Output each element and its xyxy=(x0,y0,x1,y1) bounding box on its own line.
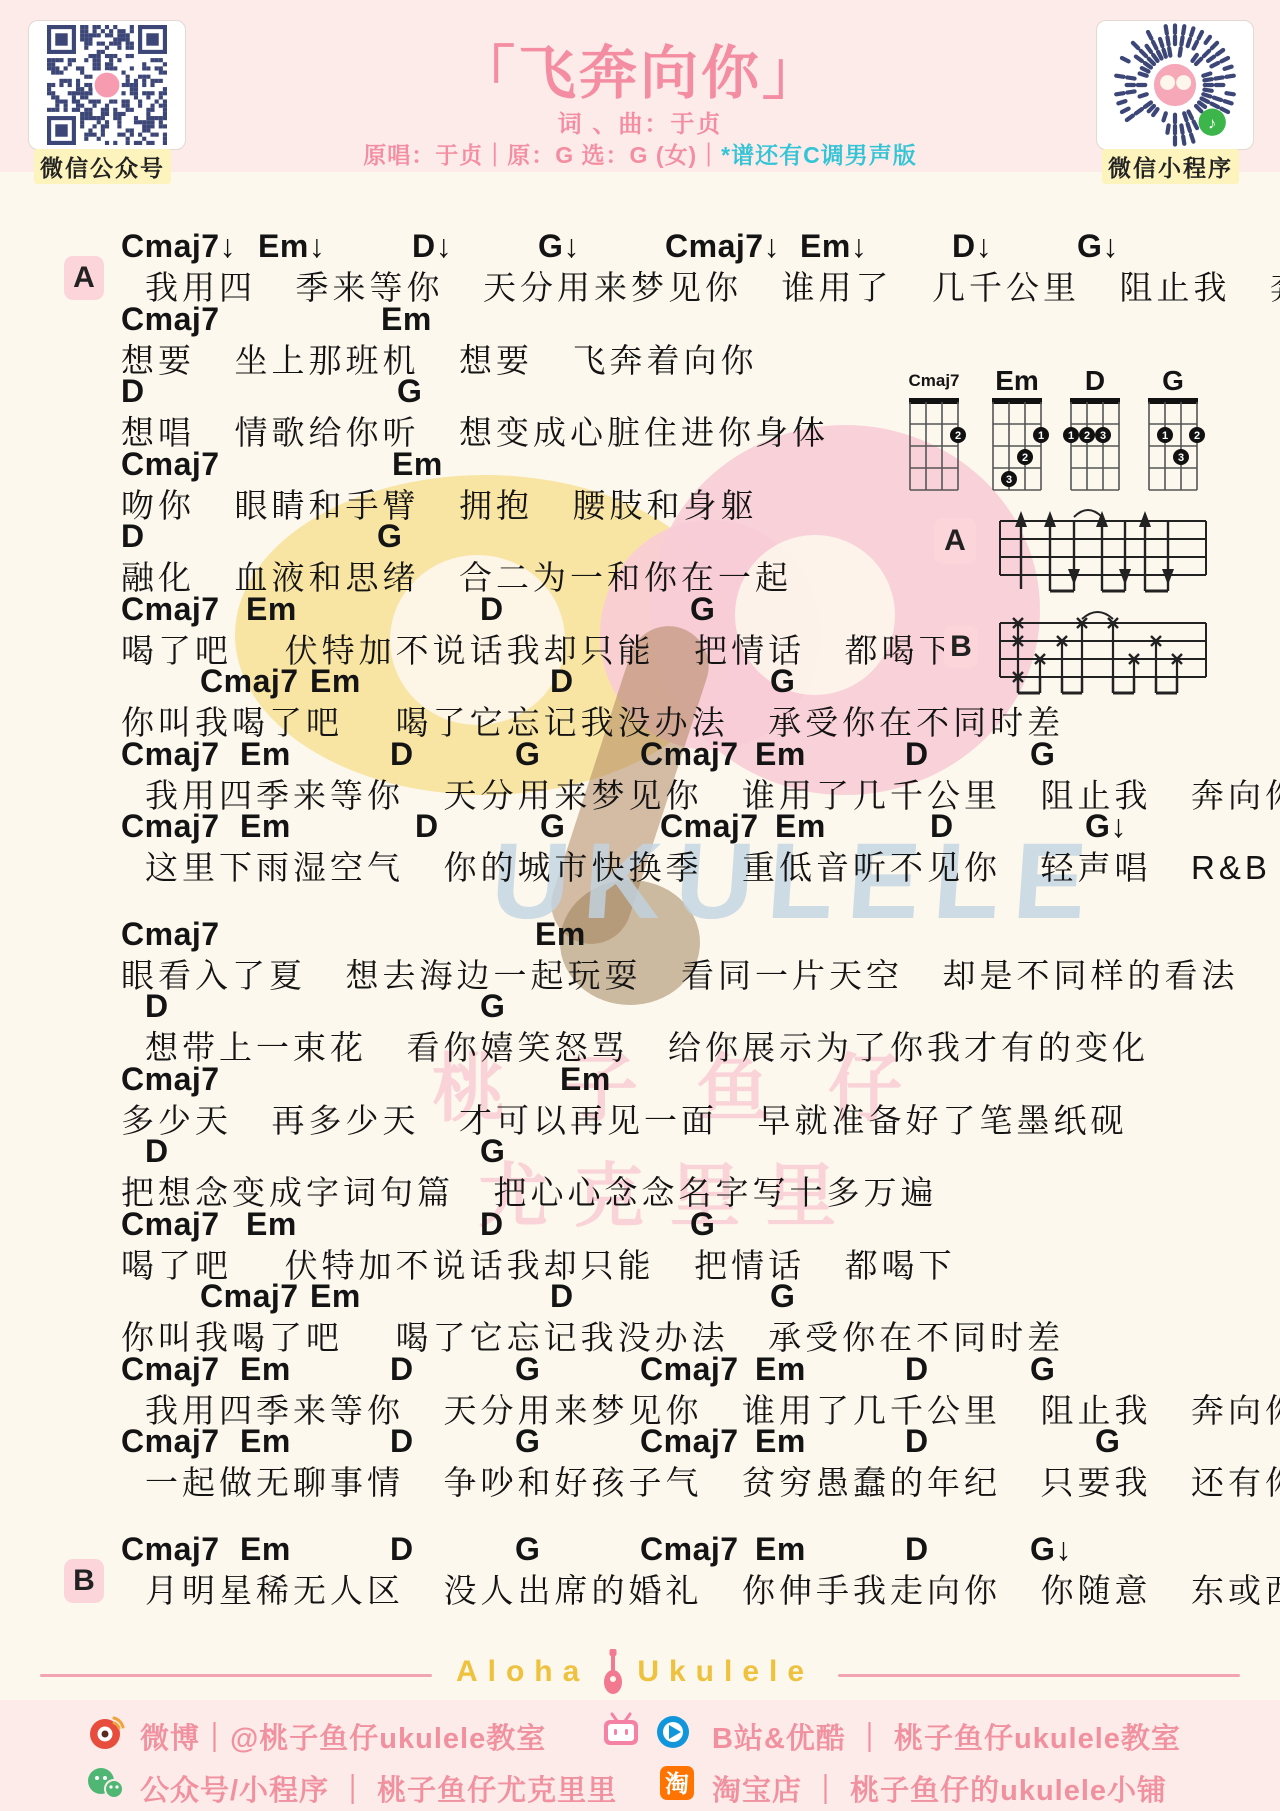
bilibili-icon xyxy=(600,1710,642,1752)
svg-text:3: 3 xyxy=(1100,430,1106,442)
chord-label: Em xyxy=(240,1531,291,1568)
chord-diagram-Cmaj7: Cmaj72 xyxy=(905,364,963,501)
chord-label: D↓ xyxy=(412,228,452,265)
chord-label: D xyxy=(121,373,145,410)
aloha-word: Aloha xyxy=(456,1655,589,1689)
chord-label: G xyxy=(690,591,715,628)
chord-diagram-name: Cmaj7 xyxy=(905,364,963,394)
chord-label: Cmaj7 xyxy=(640,736,739,773)
svg-text:2: 2 xyxy=(1194,430,1200,442)
chord-label: D xyxy=(550,663,574,700)
chord-label: D xyxy=(905,1351,929,1388)
fretboard-grid: 123 xyxy=(988,394,1046,496)
meta-original: 原唱：于贞｜原：G 选：G (女)｜ xyxy=(363,142,721,168)
svg-text:1: 1 xyxy=(1068,430,1074,442)
chord-label: Em↓ xyxy=(258,228,325,265)
chord-label: Em↓ xyxy=(800,228,867,265)
svg-text:1: 1 xyxy=(1038,430,1044,442)
chord-label: Cmaj7 xyxy=(121,1423,220,1460)
miniprogram-qr-code: ♪ xyxy=(1096,20,1254,150)
chord-label: Cmaj7 xyxy=(121,808,220,845)
divider-line-left xyxy=(40,1674,432,1677)
ukulele-icon xyxy=(603,1649,623,1695)
chord-label: Cmaj7 xyxy=(121,591,220,628)
svg-text:3: 3 xyxy=(1006,474,1012,486)
fretboard-grid: 123 xyxy=(1144,394,1202,496)
footer-link-text: B站&优酷 ｜ 桃子鱼仔ukulele教室 xyxy=(712,1716,1181,1757)
chord-diagram-Em: Em123 xyxy=(988,364,1046,501)
chord-label: Cmaj7 xyxy=(640,1351,739,1388)
lyric-line: 想要 坐上那班机 想要 飞奔着向你 xyxy=(121,335,758,382)
lyric-line: 吻你 眼睛和手臂 拥抱 腰肢和身躯 xyxy=(121,480,758,527)
pattern-badge-A: A xyxy=(934,518,976,564)
chord-label: Cmaj7↓ xyxy=(665,228,780,265)
chord-label: Cmaj7 xyxy=(121,301,220,338)
chord-label: Em xyxy=(240,1351,291,1388)
chord-diagram-name: G xyxy=(1144,364,1202,394)
qr-left-label: 微信公众号 xyxy=(34,149,171,184)
chord-label: Cmaj7 xyxy=(660,808,759,845)
chord-label: Em xyxy=(246,1206,297,1243)
chord-sheet-page: UKULELE 桃子鱼仔 尤克里里 「飞奔向你」 词 、曲：于贞 原唱：于贞｜原… xyxy=(0,0,1280,1811)
chord-label: Em xyxy=(240,1423,291,1460)
chord-label: Cmaj7 xyxy=(640,1531,739,1568)
chord-label: Cmaj7 xyxy=(121,736,220,773)
chord-label: Em xyxy=(755,1351,806,1388)
lyric-line: 月明星稀无人区 没人出席的婚礼 你伸手我走向你 你随意 东或西 xyxy=(145,1565,1280,1612)
chord-label: G xyxy=(540,808,565,845)
header-band: 「飞奔向你」 词 、曲：于贞 原唱：于贞｜原：G 选：G (女)｜*谱还有C调男… xyxy=(0,0,1280,172)
chord-label: D xyxy=(145,1133,169,1170)
chord-label: G xyxy=(515,1531,540,1568)
miniprogram-code-icon: ♪ xyxy=(1113,23,1237,147)
chord-diagram-G: G123 xyxy=(1144,364,1202,501)
song-title: 「飞奔向你」 xyxy=(0,26,1280,110)
chord-label: G↓ xyxy=(1077,228,1119,265)
credits-line: 词 、曲：于贞 xyxy=(0,104,1280,139)
chord-label: Cmaj7 xyxy=(121,1351,220,1388)
svg-text:3: 3 xyxy=(1178,452,1184,464)
chord-label: G xyxy=(690,1206,715,1243)
lyric-line: 想唱 情歌给你听 想变成心脏住进你身体 xyxy=(121,407,829,454)
chord-label: Cmaj7 xyxy=(200,1278,299,1315)
fretboard-grid: 2 xyxy=(905,394,963,496)
chord-label: G xyxy=(770,1278,795,1315)
wechat-icon xyxy=(84,1762,126,1804)
svg-text:2: 2 xyxy=(1084,430,1090,442)
pattern-badge-B: B xyxy=(944,626,978,668)
chord-label: Cmaj7 xyxy=(121,1061,220,1098)
chord-label: Em xyxy=(392,446,443,483)
svg-text:1: 1 xyxy=(1162,430,1168,442)
pattern-staff-B xyxy=(998,609,1208,701)
chord-diagram-name: Em xyxy=(988,364,1046,394)
chord-label: Em xyxy=(535,916,586,953)
chord-label: D xyxy=(390,736,414,773)
chord-label: D xyxy=(905,1423,929,1460)
chord-diagram-D: D123 xyxy=(1066,364,1124,501)
chord-label: Em xyxy=(755,1531,806,1568)
chord-label: Cmaj7 xyxy=(121,446,220,483)
fretboard-grid: 123 xyxy=(1066,394,1124,496)
chord-label: D xyxy=(145,988,169,1025)
chord-label: D xyxy=(390,1351,414,1388)
chord-label: G xyxy=(480,1133,505,1170)
chord-label: Cmaj7 xyxy=(640,1423,739,1460)
chord-label: D xyxy=(415,808,439,845)
lyric-line: 一起做无聊事情 争吵和好孩子气 贫穷愚蠢的年纪 只要我 还有你 xyxy=(145,1457,1280,1504)
aloha-word: Ukulele xyxy=(637,1655,814,1689)
footer-link-text: 公众号/小程序 ｜ 桃子鱼仔尤克里里 xyxy=(140,1768,617,1809)
chord-label: D xyxy=(905,1531,929,1568)
chord-label: Cmaj7↓ xyxy=(121,228,236,265)
lyric-line: 想带上一束花 看你嬉笑怒骂 给你展示为了你我才有的变化 xyxy=(145,1022,1149,1069)
chord-label: G xyxy=(1095,1423,1120,1460)
meta-line: 原唱：于贞｜原：G 选：G (女)｜*谱还有C调男声版 xyxy=(0,137,1280,170)
footer-link-text: 淘宝店 ｜ 桃子鱼仔的ukulele小铺 xyxy=(712,1768,1167,1809)
chord-label: D xyxy=(390,1423,414,1460)
chord-label: Em xyxy=(755,1423,806,1460)
lyric-line: 这里下雨湿空气 你的城市快换季 重低音听不见你 轻声唱 R&B xyxy=(145,842,1271,889)
chord-label: Em xyxy=(246,591,297,628)
chord-label: G xyxy=(1030,1351,1055,1388)
chord-label: D xyxy=(930,808,954,845)
taobao-icon: 淘 xyxy=(656,1762,698,1804)
chord-label: Em xyxy=(310,663,361,700)
chord-label: D xyxy=(480,591,504,628)
chord-label: Em xyxy=(381,301,432,338)
lyric-line: 把想念变成字词句篇 把心心念念名字写十多万遍 xyxy=(121,1167,938,1214)
chord-diagram-name: D xyxy=(1066,364,1124,394)
aloha-divider: Aloha Ukulele xyxy=(432,1648,838,1696)
chord-label: Cmaj7 xyxy=(121,916,220,953)
chord-label: G xyxy=(397,373,422,410)
chord-label: Cmaj7 xyxy=(121,1531,220,1568)
chord-label: D↓ xyxy=(952,228,992,265)
chord-label: D xyxy=(480,1206,504,1243)
lyric-line: 多少天 再多少天 才可以再见一面 早就准备好了笔墨纸砚 xyxy=(121,1095,1128,1142)
chord-label: Cmaj7 xyxy=(121,1206,220,1243)
youku-icon xyxy=(652,1710,694,1752)
svg-text:淘: 淘 xyxy=(665,1770,689,1798)
divider-line-right xyxy=(838,1674,1240,1677)
svg-text:♪: ♪ xyxy=(1208,114,1216,132)
chord-label: D xyxy=(905,736,929,773)
section-marker-B: B xyxy=(64,1559,104,1603)
chord-label: G xyxy=(515,1351,540,1388)
lyric-line: 我用四 季来等你 天分用来梦见你 谁用了 几千公里 阻止我 奔向你 xyxy=(145,262,1280,309)
chord-label: Em xyxy=(560,1061,611,1098)
qr-right-label: 微信小程序 xyxy=(1102,149,1239,184)
chord-label: G xyxy=(515,736,540,773)
chord-label: Cmaj7 xyxy=(200,663,299,700)
chord-label: G xyxy=(770,663,795,700)
song-body: ACmaj7↓Em↓D↓G↓Cmaj7↓Em↓D↓G↓我用四 季来等你 天分用来… xyxy=(0,0,1280,1811)
chord-label: G xyxy=(480,988,505,1025)
chord-label: D xyxy=(121,518,145,555)
footer-link-text: 微博｜@桃子鱼仔ukulele教室 xyxy=(140,1716,546,1757)
chord-label: Em xyxy=(240,736,291,773)
lyric-line: 眼看入了夏 想去海边一起玩耍 看同一片天空 却是不同样的看法 xyxy=(121,950,1239,997)
svg-text:2: 2 xyxy=(1022,452,1028,464)
chord-label: Em xyxy=(775,808,826,845)
weibo-icon xyxy=(86,1710,128,1752)
chord-label: G xyxy=(515,1423,540,1460)
chord-label: G↓ xyxy=(1085,808,1127,845)
meta-note: *谱还有C调男声版 xyxy=(721,142,917,168)
pattern-staff-A xyxy=(998,507,1208,599)
chord-label: Em xyxy=(310,1278,361,1315)
chord-label: Em xyxy=(755,736,806,773)
svg-text:2: 2 xyxy=(955,430,961,442)
chord-label: G↓ xyxy=(538,228,580,265)
chord-label: Em xyxy=(240,808,291,845)
chord-label: G↓ xyxy=(1030,1531,1072,1568)
chord-label: D xyxy=(390,1531,414,1568)
chord-label: G xyxy=(1030,736,1055,773)
chord-label: D xyxy=(550,1278,574,1315)
chord-label: G xyxy=(377,518,402,555)
section-marker-A: A xyxy=(64,256,104,300)
